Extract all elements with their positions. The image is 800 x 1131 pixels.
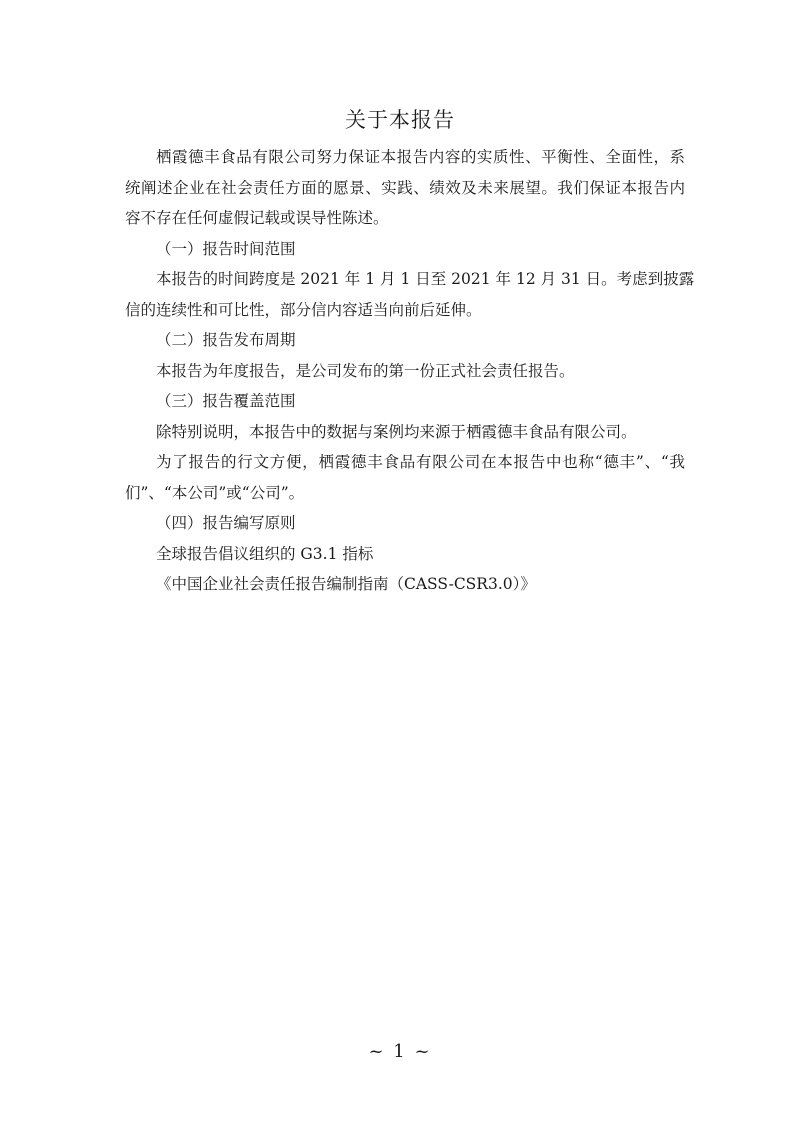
principle-cass: 《中国企业社会责任报告编制指南（CASS-CSR3.0）》 xyxy=(125,569,685,600)
release-cycle-text: 本报告为年度报告，是公司发布的第一份正式社会责任报告。 xyxy=(125,356,685,387)
section-heading-release-cycle: （二）报告发布周期 xyxy=(125,325,685,356)
intro-line-2: 统阐述企业在社会责任方面的愿景、实践、绩效及未来展望。我们保证本报告内 xyxy=(125,173,685,204)
section-heading-coverage: （三）报告覆盖范围 xyxy=(125,386,685,417)
section-heading-principles: （四）报告编写原则 xyxy=(125,508,685,539)
coverage-text: 除特别说明，本报告中的数据与案例均来源于栖霞德丰食品有限公司。 xyxy=(125,417,685,448)
time-range-line-2: 信的连续性和可比性，部分信内容适当向前后延伸。 xyxy=(125,295,685,326)
intro-line-3: 容不存在任何虚假记载或误导性陈述。 xyxy=(125,203,685,234)
section-heading-time-range: （一）报告时间范围 xyxy=(125,234,685,265)
report-body: 栖霞德丰食品有限公司努力保证本报告内容的实质性、平衡性、全面性，系 统阐述企业在… xyxy=(125,142,685,600)
naming-line-2: 们”、“本公司”或“公司”。 xyxy=(125,478,685,509)
page-title: 关于本报告 xyxy=(0,104,800,134)
page-number: ~ 1 ~ xyxy=(0,1041,800,1062)
time-range-line-1: 本报告的时间跨度是 2021 年 1 月 1 日至 2021 年 12 月 31… xyxy=(125,264,685,295)
intro-line-1: 栖霞德丰食品有限公司努力保证本报告内容的实质性、平衡性、全面性，系 xyxy=(125,142,685,173)
naming-line-1: 为了报告的行文方便，栖霞德丰食品有限公司在本报告中也称“德丰”、“我 xyxy=(125,447,685,478)
principle-gri: 全球报告倡议组织的 G3.1 指标 xyxy=(125,539,685,570)
